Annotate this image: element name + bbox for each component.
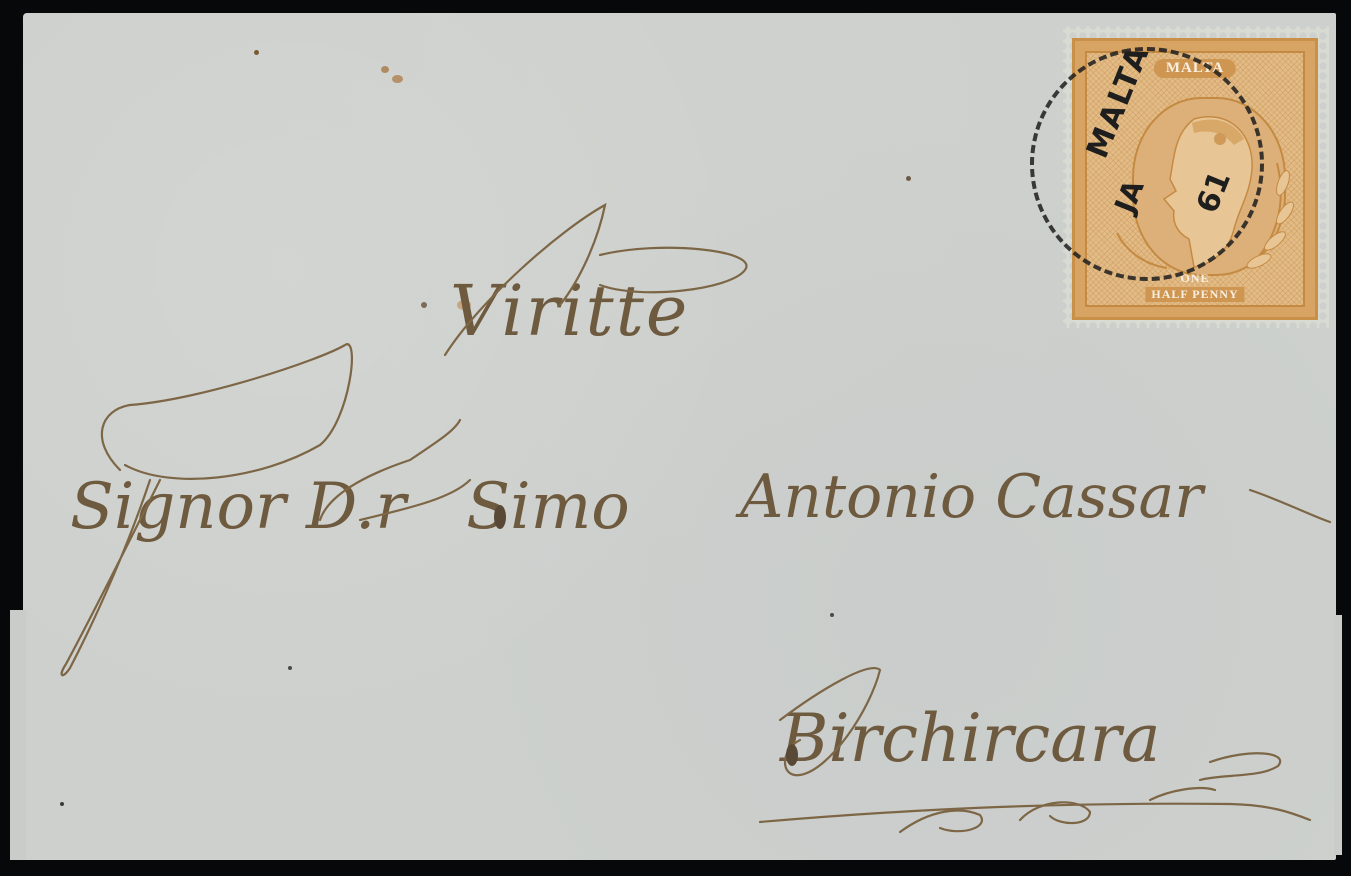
manuscript-address-line1: Signor D.r Simo xyxy=(70,470,630,544)
manuscript-endorsement: Viritte xyxy=(450,270,689,352)
manuscript-address-line2: Antonio Cassar xyxy=(740,462,1203,532)
manuscript-forename: Simo xyxy=(466,470,630,544)
cover-flap-right xyxy=(1334,615,1342,855)
foxing-spot xyxy=(254,50,259,55)
foxing-spot xyxy=(906,176,911,181)
foxing-spot xyxy=(288,666,292,670)
stamp-value-line2: HALF PENNY xyxy=(1145,287,1244,302)
cover-flap-left xyxy=(10,610,26,860)
foxing-spot xyxy=(60,802,64,806)
manuscript-salutation: Signor D.r xyxy=(70,470,406,544)
manuscript-destination: Birchircara xyxy=(780,700,1161,777)
foxing-spot xyxy=(381,66,389,73)
foxing-spot xyxy=(830,613,834,617)
foxing-spot xyxy=(392,75,403,83)
